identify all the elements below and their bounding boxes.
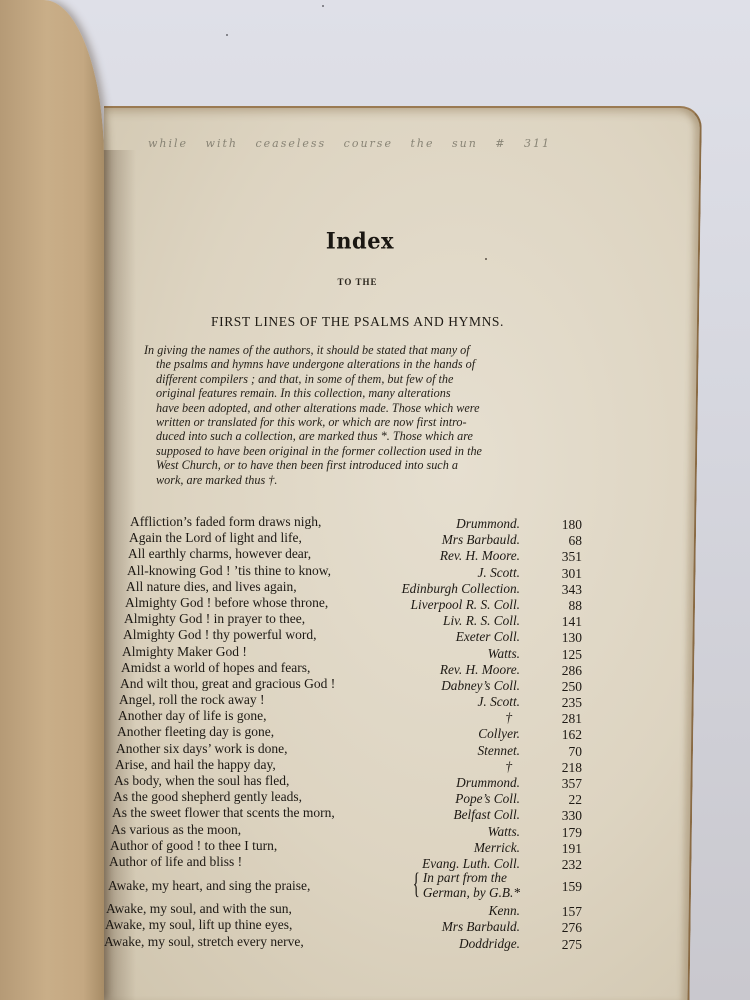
first-line: Almighty God ! in prayer to thee,: [124, 611, 305, 627]
first-line: As body, when the soul has fled,: [114, 773, 289, 789]
preface-line: original features remain. In this collec…: [144, 386, 574, 400]
left-page-edge: [0, 0, 104, 1000]
first-line: And wilt thou, great and gracious God !: [120, 676, 335, 692]
index-entry: Awake, my heart, and sing the praise,In …: [108, 870, 592, 901]
first-line: Awake, my heart, and sing the praise,: [108, 878, 310, 894]
index-entry: Angel, roll the rock away !J. Scott.235: [119, 692, 592, 708]
index-entry: As the good shepherd gently leads,Pope’s…: [113, 789, 592, 805]
preface-line: different compilers ; and that, in some …: [144, 372, 574, 386]
index-entry: As body, when the soul has fled,Drummond…: [114, 773, 592, 789]
first-line: Almighty God ! thy powerful word,: [123, 627, 316, 643]
first-line: Almighty God ! before whose throne,: [125, 595, 328, 611]
first-line: Author of good ! to thee I turn,: [110, 838, 277, 854]
first-line: Awake, my soul, stretch every nerve,: [104, 934, 304, 950]
author-brace-group: In part from theGerman, by G.B.*: [413, 870, 520, 900]
first-line: Awake, my soul, lift up thine eyes,: [105, 917, 292, 933]
preface-paragraph: In giving the names of the authors, it s…: [144, 343, 574, 487]
author: Doddridge.: [459, 936, 520, 952]
paper-speck: [485, 258, 487, 260]
first-line: Another six days’ work is done,: [116, 741, 287, 757]
first-line: Arise, and hail the happy day,: [115, 757, 276, 773]
index-entries: Affliction’s faded form draws nigh,Drumm…: [92, 514, 592, 950]
first-line: Affliction’s faded form draws nigh,: [130, 514, 321, 530]
index-entry: Another six days’ work is done,Stennet.7…: [116, 741, 592, 757]
index-entry: Another day of life is gone,†281: [118, 708, 592, 724]
first-line: Amidst a world of hopes and fears,: [121, 660, 310, 676]
index-entry: Amidst a world of hopes and fears,Rev. H…: [121, 660, 592, 676]
preface-line: supposed to have been original in the fo…: [144, 444, 574, 458]
index-entry: Almighty God ! in prayer to thee,Liv. R.…: [124, 611, 592, 627]
first-line: All earthly charms, however dear,: [128, 546, 311, 562]
index-entry: All-knowing God ! ’tis thine to know,J. …: [127, 563, 592, 579]
first-line: As the sweet flower that scents the morn…: [112, 805, 335, 821]
index-entry: Arise, and hail the happy day,†218: [115, 757, 592, 773]
index-entry: Awake, my soul, and with the sun,Kenn.15…: [106, 901, 592, 917]
paper-speck: [226, 34, 228, 36]
page-title: Index: [0, 228, 720, 253]
preface-line: work, are marked thus †.: [144, 473, 574, 487]
first-line: Again the Lord of light and life,: [129, 530, 302, 546]
index-entry: Author of life and bliss !Evang. Luth. C…: [109, 854, 592, 870]
preface-line: In giving the names of the authors, it s…: [144, 343, 470, 357]
preface-line: have been adopted, and other alterations…: [144, 401, 574, 415]
first-line: Awake, my soul, and with the sun,: [106, 901, 292, 917]
preface-line: duced into such a collection, are marked…: [144, 429, 574, 443]
index-entry: Awake, my soul, stretch every nerve,Dodd…: [104, 934, 592, 950]
preface-line: the psalms and hymns have undergone alte…: [144, 357, 574, 371]
author-line: In part from the: [423, 870, 507, 885]
index-entry: As various as the moon,Watts.179: [111, 822, 592, 838]
first-line: As various as the moon,: [111, 822, 241, 838]
preface-line: written or translated for this work, or …: [144, 415, 574, 429]
index-entry: Again the Lord of light and life,Mrs Bar…: [129, 530, 592, 546]
first-line: All nature dies, and lives again,: [126, 579, 297, 595]
author-line: German, by G.B.*: [423, 885, 520, 900]
page-subtitle: FIRST LINES OF THE PSALMS AND HYMNS.: [0, 314, 715, 330]
index-entry: Author of good ! to thee I turn,Merrick.…: [110, 838, 592, 854]
preface-line: West Church, or to have then been first …: [144, 458, 574, 472]
handwritten-note: while with ceaseless course the sun # 31…: [148, 137, 578, 150]
index-entry: Almighty God ! thy powerful word,Exeter …: [123, 627, 592, 643]
index-entry: All earthly charms, however dear,Rev. H.…: [128, 546, 592, 562]
index-entry: And wilt thou, great and gracious God !D…: [120, 676, 592, 692]
hymn-number: 275: [542, 937, 582, 953]
first-line: Author of life and bliss !: [109, 854, 242, 870]
index-entry: All nature dies, and lives again,Edinbur…: [126, 579, 592, 595]
first-line: Almighty Maker God !: [122, 644, 247, 660]
index-entry: As the sweet flower that scents the morn…: [112, 805, 592, 821]
first-line: Another day of life is gone,: [118, 708, 266, 724]
first-line: All-knowing God ! ’tis thine to know,: [127, 563, 331, 579]
page-title-text: Index: [326, 227, 394, 253]
index-entry: Almighty God ! before whose throne,Liver…: [125, 595, 592, 611]
first-line: As the good shepherd gently leads,: [113, 789, 302, 805]
hymn-number: 159: [542, 879, 582, 895]
index-entry: Affliction’s faded form draws nigh,Drumm…: [130, 514, 592, 530]
first-line: Angel, roll the rock away !: [119, 692, 264, 708]
index-entry: Awake, my soul, lift up thine eyes,Mrs B…: [105, 917, 592, 933]
title-connector: TO THE: [0, 277, 715, 287]
paper-speck: [322, 5, 324, 7]
first-line: Another fleeting day is gone,: [117, 724, 274, 740]
index-entry: Almighty Maker God !Watts.125: [122, 644, 592, 660]
index-entry: Another fleeting day is gone,Collyer.162: [117, 724, 592, 740]
